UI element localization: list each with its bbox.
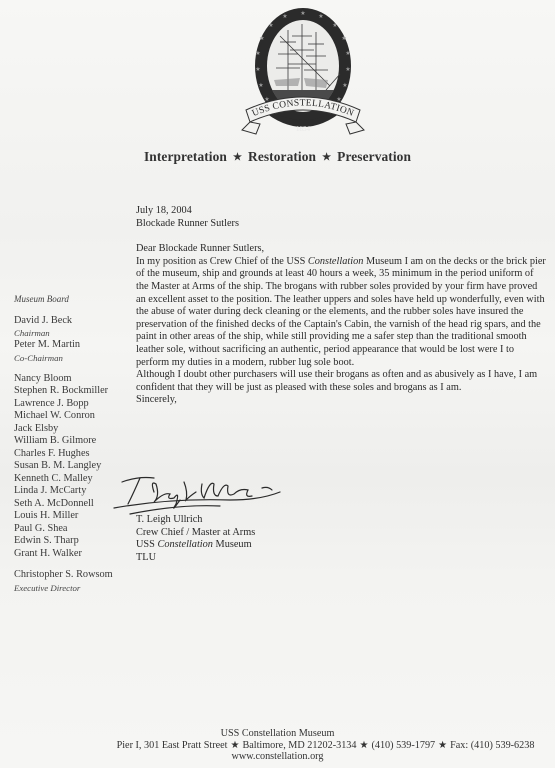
- svg-text:★: ★: [282, 13, 287, 20]
- svg-text:★: ★: [341, 35, 346, 42]
- svg-text:★: ★: [318, 13, 323, 20]
- footer-city: Baltimore, MD 21202-3134: [242, 740, 356, 751]
- tagline-preservation: Preservation: [337, 149, 411, 164]
- star-icon: ★: [322, 152, 331, 163]
- letter-body: July 18, 2004 Blockade Runner Sutlers De…: [136, 205, 548, 407]
- signer-title: Crew Chief / Master at Arms: [136, 527, 255, 540]
- svg-text:★: ★: [342, 82, 347, 89]
- svg-text:★: ★: [300, 10, 305, 17]
- board-member: Michael W. Conron: [14, 410, 132, 423]
- signer-initials: TLU: [136, 552, 255, 565]
- star-icon: ★: [360, 740, 369, 751]
- board-member: Edwin S. Tharp: [14, 535, 132, 548]
- svg-text:★: ★: [332, 22, 337, 29]
- museum-board-sidebar: Museum Board David J. Beck Chairman Pete…: [14, 293, 132, 594]
- letter-date: July 18, 2004: [136, 205, 548, 218]
- footer-org: USS Constellation Museum: [0, 728, 555, 740]
- board-officer-name: David J. Beck: [14, 315, 132, 328]
- svg-text:★: ★: [259, 35, 264, 42]
- svg-text:1854: 1854: [296, 125, 311, 133]
- board-member: Stephen R. Bockmiller: [14, 385, 132, 398]
- board-officer-role: Co-Chairman: [14, 352, 132, 364]
- board-member: William B. Gilmore: [14, 435, 132, 448]
- svg-text:★: ★: [345, 50, 350, 57]
- svg-text:★: ★: [258, 82, 263, 89]
- board-member: Grant H. Walker: [14, 548, 132, 561]
- star-icon: ★: [233, 152, 242, 163]
- svg-text:★: ★: [255, 50, 260, 57]
- signer-organization: USS Constellation Museum: [136, 539, 255, 552]
- board-member: Lawrence J. Bopp: [14, 398, 132, 411]
- star-icon: ★: [230, 740, 239, 751]
- executive-director-name: Christopher S. Rowsom: [14, 569, 132, 582]
- board-member: Nancy Bloom: [14, 373, 132, 386]
- tagline: Interpretation★Restoration★Preservation: [0, 149, 555, 165]
- uss-constellation-logo: ★ ★★ ★★ ★★ ★★ ★★ ★★ ★★ 1854: [240, 6, 366, 154]
- board-officer-name: Peter M. Martin: [14, 339, 132, 352]
- svg-text:★: ★: [255, 66, 260, 73]
- letter-recipient: Blockade Runner Sutlers: [136, 218, 548, 231]
- board-heading: Museum Board: [14, 293, 132, 306]
- footer-fax: Fax: (410) 539-6238: [450, 740, 534, 751]
- board-members-list: Nancy BloomStephen R. BockmillerLawrence…: [14, 373, 132, 561]
- letter-closing: Sincerely,: [136, 394, 548, 407]
- footer-address: Pier I, 301 East Pratt Street: [117, 740, 228, 751]
- signature-block: T. Leigh Ullrich Crew Chief / Master at …: [136, 514, 255, 564]
- tagline-interpretation: Interpretation: [144, 149, 227, 164]
- letter-salutation: Dear Blockade Runner Sutlers,: [136, 243, 548, 256]
- star-icon: ★: [438, 740, 447, 751]
- footer-contact-line: Pier I, 301 East Pratt Street★Baltimore,…: [96, 740, 555, 752]
- svg-text:★: ★: [345, 66, 350, 73]
- board-member: Charles F. Hughes: [14, 448, 132, 461]
- footer-website[interactable]: www.constellation.org: [0, 751, 555, 763]
- board-officer-role: Chairman: [14, 327, 132, 339]
- board-member: Paul G. Shea: [14, 523, 132, 536]
- signer-name: T. Leigh Ullrich: [136, 514, 255, 527]
- footer-phone: (410) 539-1797: [371, 740, 435, 751]
- svg-text:★: ★: [268, 22, 273, 29]
- board-member: Jack Elsby: [14, 423, 132, 436]
- letter-paragraph-2: Although I doubt other purchasers will u…: [136, 369, 548, 394]
- letter-paragraph-1: In my position as Crew Chief of the USS …: [136, 256, 548, 369]
- handwritten-signature: [110, 470, 290, 518]
- executive-director-role: Executive Director: [14, 582, 132, 594]
- tagline-restoration: Restoration: [248, 149, 316, 164]
- footer: USS Constellation Museum Pier I, 301 Eas…: [0, 728, 555, 763]
